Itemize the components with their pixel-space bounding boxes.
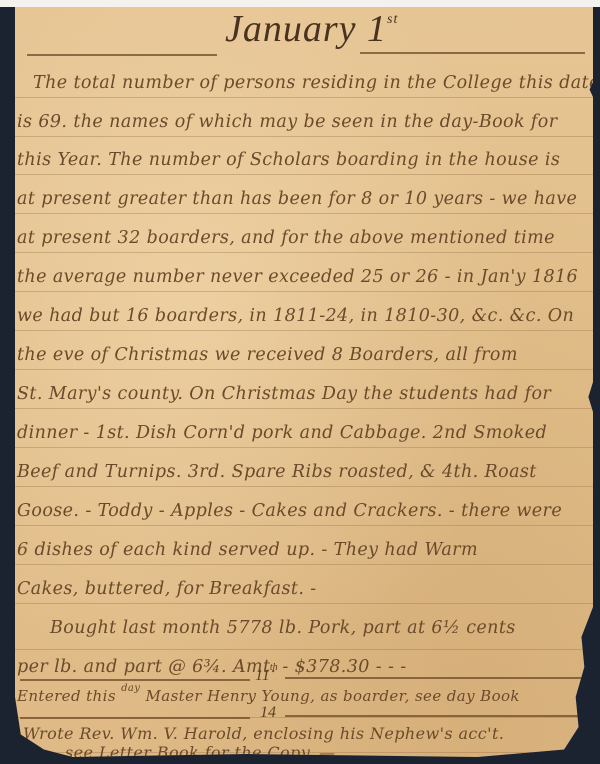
text-line-4: at present greater than has been for 8 o…	[17, 189, 577, 209]
heading-ordinal: st	[387, 12, 398, 27]
text-line-5: at present 32 boarders, and for the abov…	[17, 228, 555, 248]
heading-month: January	[225, 8, 357, 50]
text-line-10: dinner - 1st. Dish Corn'd pork and Cabba…	[17, 423, 547, 443]
heading-rule-left	[27, 54, 217, 56]
entry-14-line-2: see Letter Book for the Copy. —	[65, 743, 335, 762]
text-line-13: 6 dishes of each kind served up. - They …	[17, 540, 478, 560]
text-line-9: St. Mary's county. On Christmas Day the …	[17, 384, 551, 404]
text-line-3: this Year. The number of Scholars boardi…	[17, 150, 560, 170]
date-divider-14: 14	[260, 704, 276, 722]
date-divider-left	[20, 679, 250, 681]
ruled-line	[15, 525, 593, 526]
text-line-12: Goose. - Toddy - Apples - Cakes and Crac…	[17, 501, 562, 521]
entry-14-line-1: Wrote Rev. Wm. V. Harold, enclosing his …	[23, 724, 504, 743]
ruled-line	[15, 486, 593, 487]
entry-11-line: Entered this day Master Henry Young, as …	[17, 687, 520, 705]
text-line-11: Beef and Turnips. 3rd. Spare Ribs roaste…	[17, 462, 537, 482]
text-line-16: per lb. and part @ 6¾. Amt. - $378.30 - …	[17, 657, 407, 677]
page-heading-date: January 1st	[225, 7, 398, 51]
date-divider-right	[285, 677, 585, 679]
text-line-6: the average number never exceeded 25 or …	[17, 267, 578, 287]
caret-insertion: day	[121, 683, 140, 694]
date-divider-right	[285, 715, 585, 717]
ruled-line	[15, 447, 593, 448]
date-divider-11: 11th	[255, 667, 278, 685]
ruled-line	[15, 603, 593, 604]
ruled-line	[15, 252, 593, 253]
ledger-page: January 1st The total number of persons …	[15, 7, 593, 757]
text-line-2: is 69. the names of which may be seen in…	[17, 112, 558, 132]
ruled-line	[15, 408, 593, 409]
heading-rule-right	[360, 52, 585, 54]
scan-top-margin	[0, 0, 600, 7]
text-line-8: the eve of Christmas we received 8 Board…	[17, 345, 518, 365]
ruled-line	[15, 369, 593, 370]
text-line-14: Cakes, buttered, for Breakfast. -	[17, 579, 317, 599]
ruled-line	[15, 174, 593, 175]
text-line-7: we had but 16 boarders, in 1811-24, in 1…	[17, 306, 574, 326]
ruled-line	[15, 649, 593, 650]
ruled-line	[15, 136, 593, 137]
ruled-line	[15, 213, 593, 214]
ruled-line	[15, 291, 593, 292]
ruled-line	[15, 330, 593, 331]
date-divider-left	[20, 717, 250, 719]
text-line-1: The total number of persons residing in …	[33, 73, 600, 93]
text-line-15: Bought last month 5778 lb. Pork, part at…	[50, 618, 516, 638]
ruled-line	[15, 564, 593, 565]
heading-day: 1	[367, 8, 387, 50]
ruled-line	[15, 97, 593, 98]
